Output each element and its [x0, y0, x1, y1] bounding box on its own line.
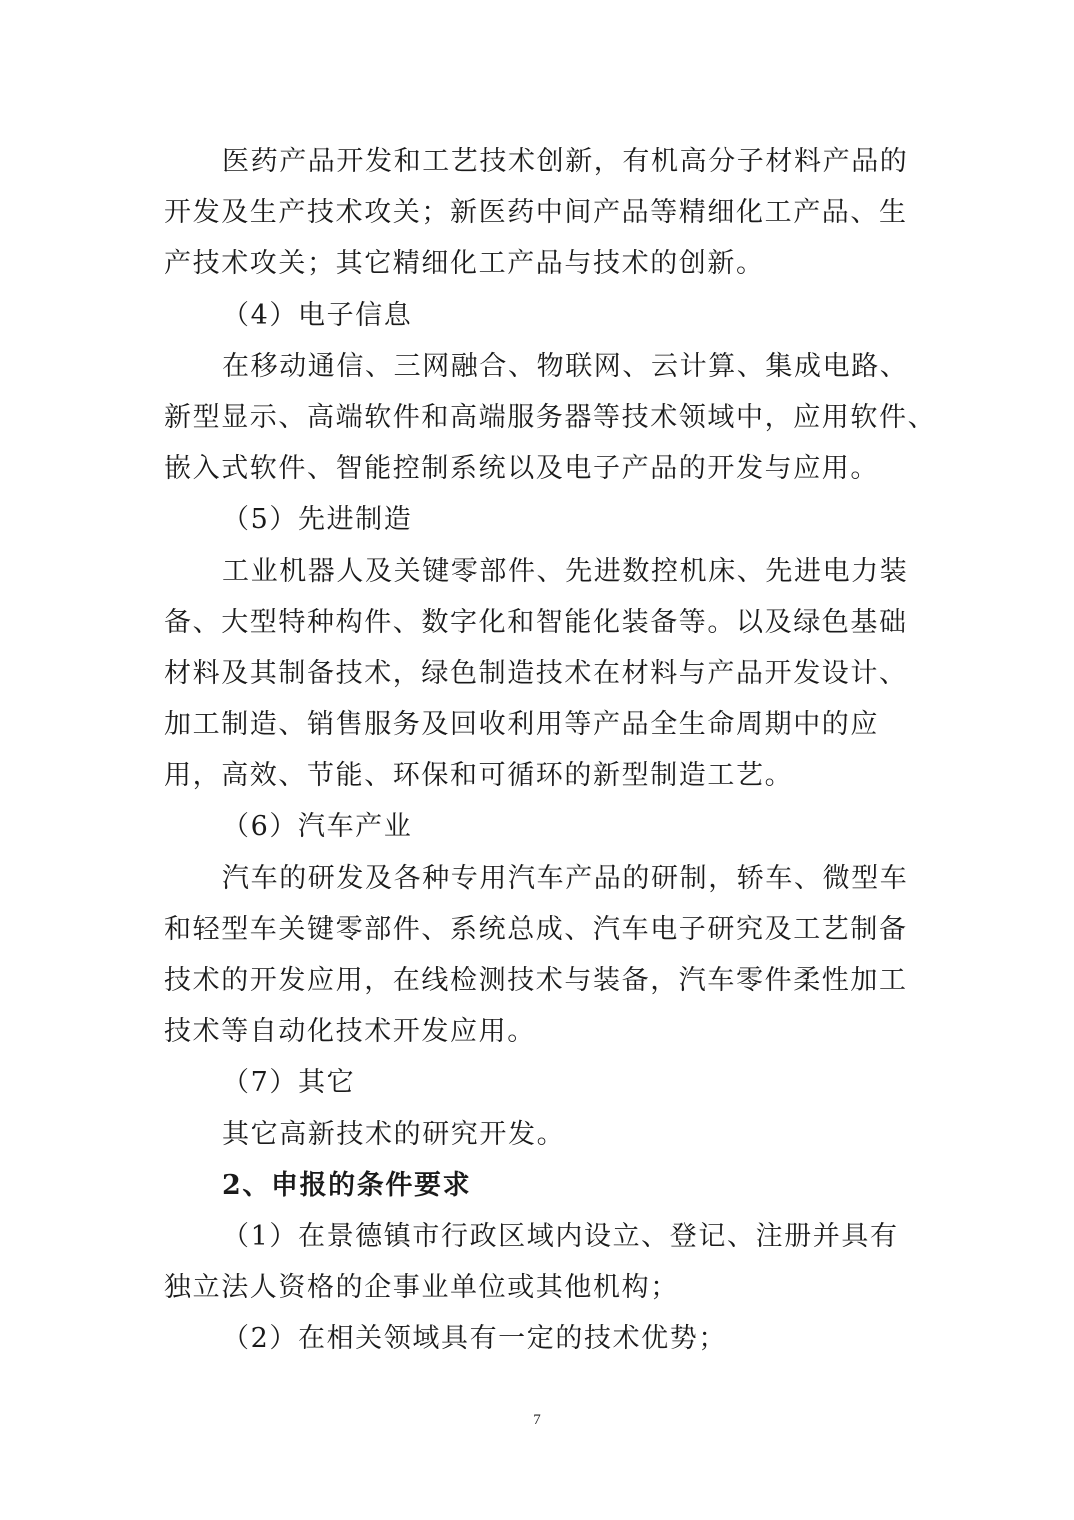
section-heading-electronics: （4）电子信息 — [164, 290, 916, 341]
paragraph-line: 嵌入式软件、智能控制系统以及电子产品的开发与应用。 — [164, 443, 916, 494]
paragraph-line: 工业机器人及关键零部件、先进数控机床、先进电力装 — [164, 546, 916, 597]
paragraph-line: 技术等自动化技术开发应用。 — [164, 1006, 916, 1057]
paragraph-line: 开发及生产技术攻关；新医药中间产品等精细化工产品、生 — [164, 187, 916, 238]
paragraph-line: 新型显示、高端软件和高端服务器等技术领域中，应用软件、 — [164, 392, 916, 443]
paragraph-line: 汽车的研发及各种专用汽车产品的研制，轿车、微型车 — [164, 853, 916, 904]
section-heading-automotive: （6）汽车产业 — [164, 801, 916, 852]
paragraph-line: （2）在相关领域具有一定的技术优势； — [164, 1313, 916, 1364]
paragraph-line: 材料及其制备技术，绿色制造技术在材料与产品开发设计、 — [164, 648, 916, 699]
paragraph-line: 用，高效、节能、环保和可循环的新型制造工艺。 — [164, 750, 916, 801]
paragraph-line: 和轻型车关键零部件、系统总成、汽车电子研究及工艺制备 — [164, 904, 916, 955]
section-heading-requirements: 2、申报的条件要求 — [164, 1160, 916, 1211]
paragraph-line: 其它高新技术的研究开发。 — [164, 1109, 916, 1160]
paragraph-line: （1）在景德镇市行政区域内设立、登记、注册并具有 — [164, 1211, 916, 1262]
section-heading-advanced-manufacturing: （5）先进制造 — [164, 494, 916, 545]
section-heading-other: （7）其它 — [164, 1057, 916, 1108]
paragraph-line: 技术的开发应用，在线检测技术与装备，汽车零件柔性加工 — [164, 955, 916, 1006]
paragraph-line: 加工制造、销售服务及回收利用等产品全生命周期中的应 — [164, 699, 916, 750]
page-number: 7 — [0, 1412, 1074, 1429]
paragraph-line: 在移动通信、三网融合、物联网、云计算、集成电路、 — [164, 341, 916, 392]
paragraph-line: 备、大型特种构件、数字化和智能化装备等。以及绿色基础 — [164, 597, 916, 648]
paragraph-line: 独立法人资格的企事业单位或其他机构； — [164, 1262, 916, 1313]
paragraph-line: 产技术攻关；其它精细化工产品与技术的创新。 — [164, 238, 916, 289]
document-body: 医药产品开发和工艺技术创新，有机高分子材料产品的 开发及生产技术攻关；新医药中间… — [164, 136, 916, 1365]
document-page: 医药产品开发和工艺技术创新，有机高分子材料产品的 开发及生产技术攻关；新医药中间… — [0, 0, 1074, 1520]
paragraph-line: 医药产品开发和工艺技术创新，有机高分子材料产品的 — [164, 136, 916, 187]
